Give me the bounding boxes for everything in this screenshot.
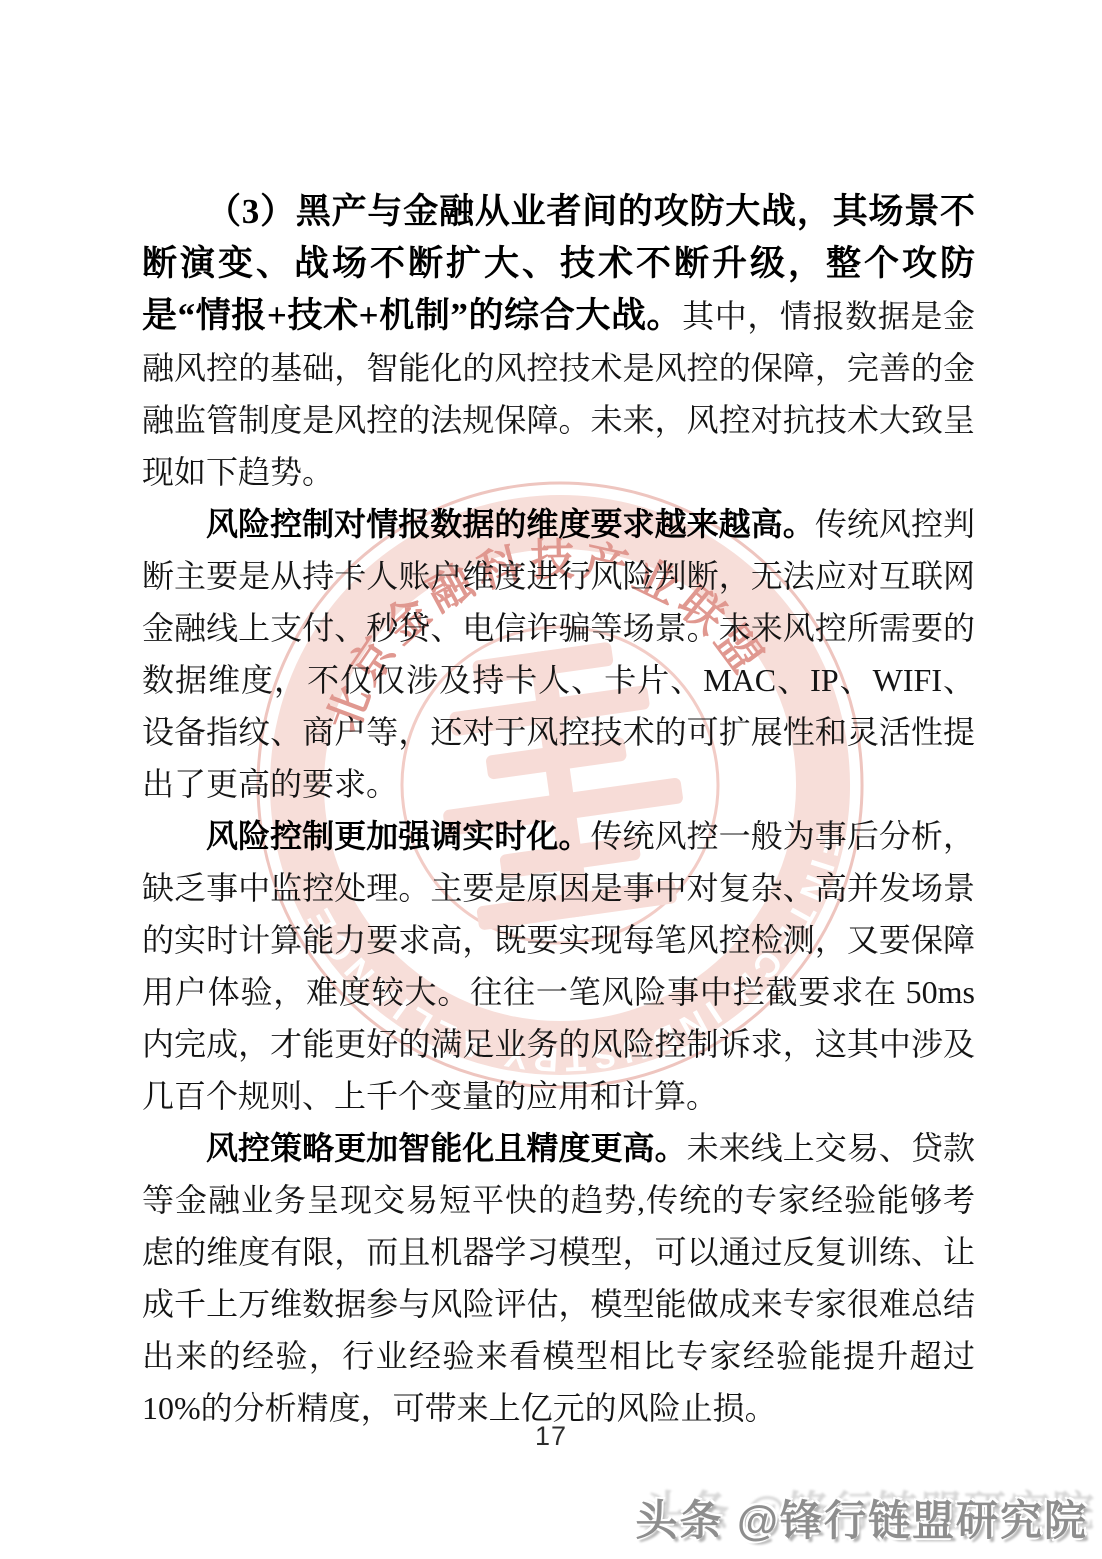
paragraph-2: 风险控制对情报数据的维度要求越来越高。传统风控判断主要是从持卡人账户维度进行风险… <box>142 498 975 810</box>
paragraph-3-lead: 风险控制更加强调实时化。 <box>206 818 591 854</box>
page-number: 17 <box>0 1421 1102 1452</box>
paragraph-4-body: 未来线上交易、贷款等金融业务呈现交易短平快的趋势,传统的专家经验能够考虑的维度有… <box>142 1130 975 1426</box>
paragraph-2-lead: 风险控制对情报数据的维度要求越来越高。 <box>206 506 815 542</box>
paragraph-1: （3）黑产与金融从业者间的攻防大战，其场景不断演变、战场不断扩大、技术不断升级，… <box>142 186 975 498</box>
paragraph-4-lead: 风控策略更加智能化且精度更高。 <box>206 1130 687 1166</box>
paragraph-3: 风险控制更加强调实时化。传统风控一般为事后分析，缺乏事中监控处理。主要是原因是事… <box>142 810 975 1122</box>
credit-watermark-wrap: 头条 @锋行链盟研究院 头条 @锋行链盟研究院 <box>635 1488 1088 1548</box>
credit-watermark: 头条 @锋行链盟研究院 <box>635 1497 1088 1544</box>
paragraph-4: 风控策略更加智能化且精度更高。未来线上交易、贷款等金融业务呈现交易短平快的趋势,… <box>142 1122 975 1434</box>
body-text: （3）黑产与金融从业者间的攻防大战，其场景不断演变、战场不断扩大、技术不断升级，… <box>142 186 975 1434</box>
paragraph-2-body: 传统风控判断主要是从持卡人账户维度进行风险判断，无法应对互联网金融线上支付、秒贷… <box>142 506 975 802</box>
paragraph-3-body: 传统风控一般为事后分析，缺乏事中监控处理。主要是原因是事中对复杂、高并发场景的实… <box>142 818 975 1114</box>
document-page: 北京金融科技产业联盟 FINTECH INDUSTRY ALLIANCE （3）… <box>0 0 1102 1559</box>
